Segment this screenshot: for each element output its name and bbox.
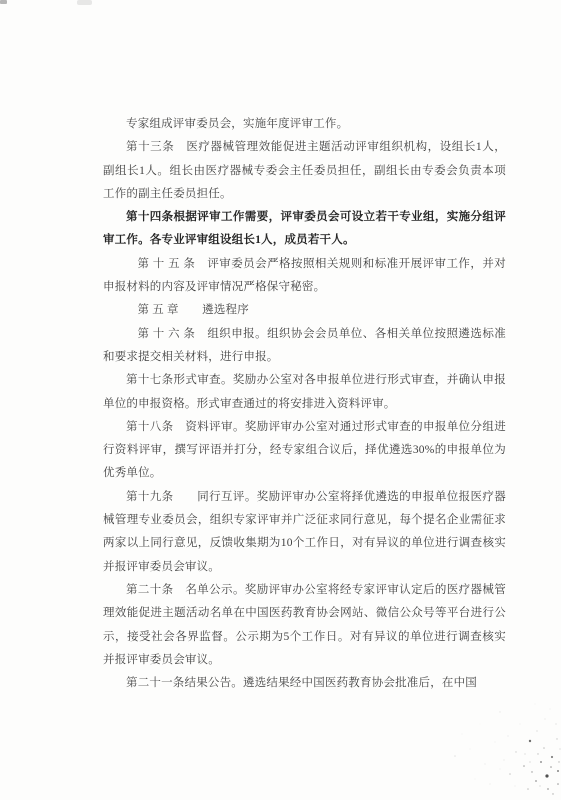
scanned-document-page: 专家组成评审委员会，实施年度评审工作。 第十三条 医疗器械管理效能促进主题活动评…: [0, 0, 561, 800]
article-separator: [174, 141, 186, 153]
article-number: 第十四条: [126, 211, 174, 223]
paragraph-article-17: 第十七条形式审查。奖励办公室对各申报单位进行形式审查，并确认申报单位的申报资格。…: [103, 369, 506, 416]
paragraph-article-18: 第十八条 资料评审。奖励评审办公室对通过形式审查的申报单位分组进行资料评审，撰写…: [103, 416, 506, 486]
chapter-number: 第 五 章: [138, 304, 179, 316]
article-separator: [174, 421, 186, 433]
article-text: 结果公告。遴选结果经中国医药教育协会批准后，在中国: [185, 677, 478, 689]
paragraph-article-13: 第十三条 医疗器械管理效能促进主题活动评审组织机构，设组长1人，副组长1人。组长…: [103, 136, 506, 206]
chapter-separator: [179, 304, 202, 316]
chapter-heading-5: 第 五 章 遴选程序: [103, 299, 506, 322]
scan-edge-mark: [0, 0, 7, 4]
paragraph-article-14: 第十四条根据评审工作需要，评审委员会可设立若干专业组，实施分组评审工作。各专业评…: [103, 206, 506, 253]
article-number: 第二十一条: [126, 677, 185, 689]
article-separator: [195, 328, 207, 340]
article-number: 第 十 六 条: [138, 328, 196, 340]
paragraph-article-16: 第 十 六 条 组织申报。组织协会会员单位、各相关单位按照遴选标准和要求提交相关…: [103, 323, 506, 370]
article-number: 第十八条: [126, 421, 174, 433]
paragraph-article-20: 第二十条 名单公示。奖励评审办公室将经专家评审认定后的医疗器械管理效能促进主题活…: [103, 579, 506, 672]
paragraph-article-21: 第二十一条结果公告。遴选结果经中国医药教育协会批准后，在中国: [103, 672, 506, 695]
paragraph-continuation: 专家组成评审委员会，实施年度评审工作。: [103, 113, 506, 136]
scan-noise-speckles: [440, 694, 561, 800]
scan-edge-mark: [77, 0, 92, 5]
article-separator: [195, 258, 207, 270]
article-separator: [174, 584, 186, 596]
article-number: 第十七条: [126, 374, 174, 386]
article-number: 第十九条: [126, 491, 174, 503]
article-number: 第十三条: [126, 141, 174, 153]
article-number: 第 十 五 条: [138, 258, 196, 270]
article-number: 第二十条: [126, 584, 174, 596]
document-body: 专家组成评审委员会，实施年度评审工作。 第十三条 医疗器械管理效能促进主题活动评…: [103, 113, 506, 695]
paragraph-article-15: 第 十 五 条 评审委员会严格按照相关规则和标准开展评审工作，并对申报材料的内容…: [103, 253, 506, 300]
article-text: 名单公示。奖励评审办公室将经专家评审认定后的医疗器械管理效能促进主题活动名单在中…: [103, 584, 506, 666]
chapter-title: 遴选程序: [202, 304, 249, 316]
article-separator: [174, 491, 198, 503]
article-text: 同行互评。奖励评审办公室将择优遴选的申报单位报医疗器械管理专业委员会，组织专家评…: [103, 491, 506, 573]
article-text: 专家组成评审委员会，实施年度评审工作。: [126, 118, 348, 130]
paragraph-article-19: 第十九条 同行互评。奖励评审办公室将择优遴选的申报单位报医疗器械管理专业委员会，…: [103, 486, 506, 579]
